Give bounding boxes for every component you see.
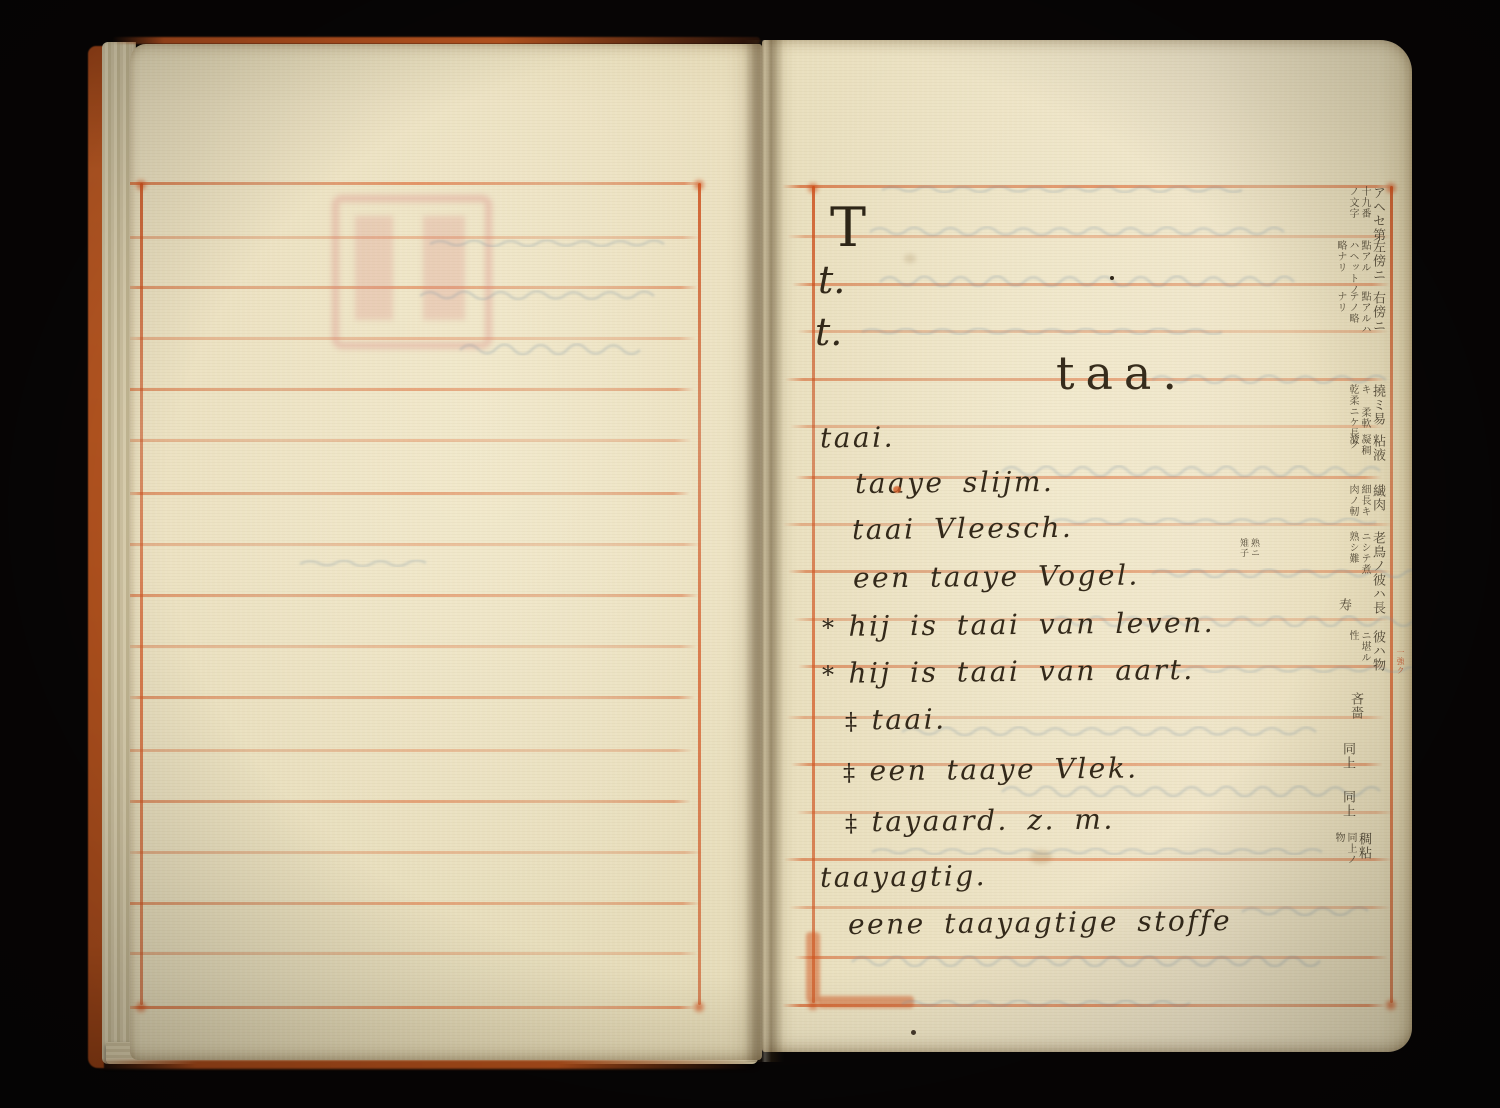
margin-annotation: 吝嗇 bbox=[1347, 692, 1362, 720]
ruled-line bbox=[787, 235, 1392, 238]
ruled-line bbox=[130, 645, 697, 648]
annotation-column: 繊肉 bbox=[1371, 484, 1384, 517]
ruled-frame-border-right bbox=[698, 183, 701, 1005]
ruled-line bbox=[130, 800, 691, 803]
dictionary-entry: taaye slijm. bbox=[855, 465, 1055, 500]
ruled-line bbox=[130, 543, 701, 546]
annotation-column: 寿 bbox=[1337, 598, 1350, 612]
entry-marker: ‡ bbox=[845, 809, 860, 837]
book-cover-top-edge bbox=[112, 37, 760, 44]
annotation-column: 細長キ bbox=[1359, 484, 1369, 517]
margin-annotation: 一強ク bbox=[1394, 648, 1404, 675]
annotation-column: 點アルハ bbox=[1359, 291, 1369, 335]
dictionary-entry: *hij is taai van aart. bbox=[822, 653, 1195, 690]
margin-annotation: 同上 bbox=[1339, 790, 1354, 818]
pigment-corner-smudge bbox=[689, 997, 709, 1017]
annotation-column: 同上 bbox=[1341, 742, 1354, 770]
bleed-through-writing bbox=[872, 848, 1322, 854]
entry-text: tayaard. z. m. bbox=[871, 803, 1115, 839]
margin-annotation: 繊肉細長キ肉ノ軔 bbox=[1345, 484, 1384, 517]
ruled-line bbox=[130, 902, 700, 905]
pigment-smear bbox=[818, 996, 914, 1008]
ruled-line bbox=[792, 283, 1390, 286]
entry-text: taayagtig. bbox=[820, 859, 987, 894]
bleed-through-writing bbox=[1002, 786, 1380, 796]
margin-annotation: 右傍ニ點アルハテノ略ナリ bbox=[1333, 291, 1384, 335]
annotation-column: 熟ニ bbox=[1249, 538, 1258, 558]
margin-annotation: アヘセ第十九番ノ文字 bbox=[1345, 186, 1384, 242]
paper-stain bbox=[1030, 850, 1052, 864]
pigment-corner-smudge bbox=[689, 175, 709, 195]
margin-annotation: 熟ニ雉子 bbox=[1236, 538, 1258, 558]
bleed-through-writing bbox=[902, 727, 1316, 735]
dictionary-entry: ‡een taaye Vlek. bbox=[843, 751, 1139, 787]
entry-text: taai Vleesch. bbox=[852, 511, 1074, 546]
annotation-column: 同上 bbox=[1341, 790, 1354, 818]
ruled-line bbox=[797, 330, 1388, 333]
section-capital-letter: T bbox=[830, 196, 866, 259]
ink-speck bbox=[911, 1030, 916, 1035]
annotation-column: 老鳥ノ彼ハ長 bbox=[1371, 531, 1384, 615]
margin-annotation: 寿 bbox=[1335, 598, 1350, 612]
ruled-line bbox=[130, 696, 695, 699]
entry-marker: * bbox=[822, 661, 837, 689]
ink-dot bbox=[1110, 276, 1114, 280]
annotation-column: ニシテ煮 bbox=[1359, 531, 1369, 615]
annotation-column: テノ略 bbox=[1347, 291, 1357, 335]
section-heading-taa: taa. bbox=[1056, 346, 1188, 400]
entry-text: taai. bbox=[871, 702, 946, 736]
paper-stain bbox=[904, 254, 916, 263]
pigment-corner-smudge bbox=[131, 175, 151, 195]
ruled-frame-border-right bbox=[1390, 186, 1393, 1003]
margin-annotation: 粘液凝稠液 bbox=[1345, 434, 1384, 462]
margin-annotation: 彼ハ物ニ堪ル性 bbox=[1345, 630, 1384, 672]
left-page bbox=[130, 44, 762, 1060]
manuscript-photo: T t. t. taa. taai.taaye slijm.taai Vlees… bbox=[0, 0, 1500, 1108]
ruled-line bbox=[130, 749, 693, 752]
annotation-column: 一強ク bbox=[1396, 648, 1404, 675]
dictionary-entry: *hij is taai van leven. bbox=[822, 606, 1215, 643]
ruled-line bbox=[130, 1006, 696, 1009]
book-cover-bottom-edge bbox=[98, 1060, 754, 1069]
entry-marker: ‡ bbox=[845, 707, 860, 735]
pigment-corner-smudge bbox=[1381, 995, 1401, 1015]
annotation-column: ハヘットノ bbox=[1347, 240, 1357, 295]
abbreviation-t-left-dot: t. bbox=[818, 258, 845, 302]
right-page: T t. t. taa. taai.taaye slijm.taai Vlees… bbox=[762, 40, 1412, 1052]
annotation-column: 點アル bbox=[1359, 240, 1369, 295]
entry-text: hij is taai van leven. bbox=[848, 606, 1215, 643]
annotation-column: 雉子 bbox=[1238, 538, 1247, 558]
annotation-column: 液 bbox=[1347, 434, 1357, 462]
entry-marker: * bbox=[822, 614, 837, 642]
margin-annotation: 同上 bbox=[1339, 742, 1354, 770]
dictionary-entry: taayagtig. bbox=[820, 859, 987, 894]
pigment-smear bbox=[806, 932, 820, 1002]
annotation-column: 稠粘 bbox=[1357, 832, 1370, 865]
annotation-column: 十九番 bbox=[1359, 186, 1369, 242]
entry-text: eene taayagtige stoffe bbox=[848, 904, 1232, 941]
entry-text: taaye slijm. bbox=[855, 465, 1055, 500]
annotation-column: 同上ノ bbox=[1345, 832, 1355, 865]
annotation-column: 右傍ニ bbox=[1371, 291, 1384, 335]
bleed-through-writing bbox=[1002, 466, 1380, 476]
ruled-line bbox=[130, 952, 698, 955]
ruled-line bbox=[782, 185, 1394, 188]
ruled-line bbox=[130, 439, 692, 442]
margin-annotation: 稠粘同上ノ物 bbox=[1331, 832, 1370, 865]
annotation-column: アヘセ第 bbox=[1371, 186, 1384, 242]
annotation-column: 略ナリ bbox=[1335, 240, 1345, 295]
annotation-column: 凝稠 bbox=[1359, 434, 1369, 462]
abbreviation-t-right-dot: t. bbox=[815, 310, 842, 354]
entry-text: een taaye Vlek. bbox=[869, 751, 1138, 787]
ruled-line bbox=[130, 492, 690, 495]
annotation-column: ノ文字 bbox=[1347, 186, 1357, 242]
entry-text: taai. bbox=[820, 421, 895, 455]
ruled-line bbox=[130, 594, 699, 597]
annotation-column: 性 bbox=[1347, 630, 1357, 672]
annotation-column: ニ堪ル bbox=[1359, 630, 1369, 672]
ruled-frame-border-left bbox=[812, 186, 815, 1003]
entry-text: hij is taai van aart. bbox=[848, 653, 1194, 690]
dictionary-entry: taai. bbox=[820, 421, 895, 455]
pigment-corner-smudge bbox=[131, 997, 151, 1017]
ruled-line bbox=[794, 956, 1388, 959]
annotation-column: 彼ハ物 bbox=[1371, 630, 1384, 672]
annotation-column: 粘液 bbox=[1371, 434, 1384, 462]
ruled-line bbox=[130, 851, 702, 854]
bleed-through-writing bbox=[870, 227, 1284, 235]
margin-annotation: 左傍ニ點アルハヘットノ略ナリ bbox=[1333, 240, 1384, 295]
dictionary-entry: ‡tayaard. z. m. bbox=[845, 803, 1115, 839]
entry-marker: ‡ bbox=[843, 758, 858, 786]
pigment-corner-smudge bbox=[803, 178, 823, 198]
annotation-column: 吝嗇 bbox=[1349, 692, 1362, 720]
annotation-column: 左傍ニ bbox=[1371, 240, 1384, 295]
ruled-frame-border-left bbox=[140, 183, 143, 1005]
dictionary-entry: een taaye Vogel. bbox=[853, 558, 1140, 594]
ruled-line bbox=[130, 182, 702, 185]
bleed-through-writing bbox=[300, 560, 426, 566]
vermillion-dot bbox=[893, 486, 901, 493]
annotation-column: ナリ bbox=[1335, 291, 1345, 335]
annotation-column: 肉ノ軔 bbox=[1347, 484, 1357, 517]
dictionary-entry: taai Vleesch. bbox=[852, 511, 1074, 546]
annotation-column: 物 bbox=[1333, 832, 1343, 865]
dictionary-entry: ‡taai. bbox=[845, 702, 947, 736]
ruled-line bbox=[130, 388, 694, 391]
entry-text: een taaye Vogel. bbox=[853, 558, 1140, 594]
dictionary-entry: eene taayagtige stoffe bbox=[848, 904, 1232, 941]
faint-red-seal-stamp bbox=[332, 195, 492, 349]
